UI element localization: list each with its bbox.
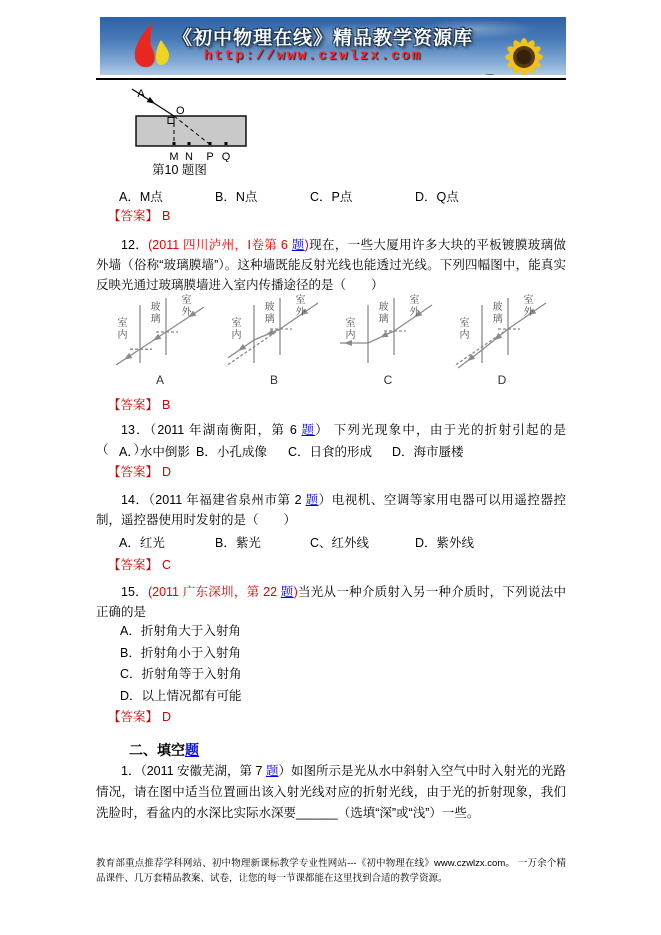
answer-value: B bbox=[162, 398, 170, 412]
option-d: D．紫外线 bbox=[415, 533, 474, 551]
option-d: D．以上情况都有可能 bbox=[120, 686, 242, 708]
answer-value: C bbox=[162, 558, 171, 572]
q14-paragraph: 14．（2011 年福建省泉州市第 2 题）电视机、空调等家用电器可以用遥控器控… bbox=[96, 490, 566, 530]
option-c: C．P点 bbox=[310, 187, 415, 205]
point-a-label: A bbox=[137, 88, 145, 100]
option-a: A．红光 bbox=[119, 533, 215, 551]
site-url[interactable]: http://www.czwlzx.com bbox=[140, 48, 486, 64]
diagram-letter-d: D bbox=[452, 373, 552, 387]
answer-value: B bbox=[162, 209, 170, 223]
header-divider bbox=[96, 78, 566, 80]
option-b: B．小孔成像 bbox=[196, 442, 288, 460]
q13-options: A．水中倒影 B．小孔成像 C．日食的形成 D．海市蜃楼 bbox=[119, 442, 464, 460]
diagram-letter-c: C bbox=[338, 373, 438, 387]
q11-options: A．M点 B．N点 C．P点 D．Q点 bbox=[119, 187, 459, 205]
fill1-paragraph: 1．（2011 安徽芜湖，第 7 题）如图所示是光从水中斜射入空气中时入射光的光… bbox=[96, 761, 566, 824]
label-outdoor: 室外 bbox=[407, 294, 417, 318]
q14-citation-link[interactable]: 题 bbox=[306, 493, 319, 507]
answer-label: 【答案】 bbox=[108, 398, 158, 412]
q15-number: 15． bbox=[121, 585, 148, 599]
section-title-link[interactable]: 题 bbox=[185, 742, 199, 758]
option-b: B．折射角小于入射角 bbox=[120, 643, 242, 665]
q13-prefix: 13．（2011 年湖南衡阳，第 6 bbox=[121, 423, 302, 437]
label-outdoor: 室外 bbox=[293, 294, 303, 318]
label-glass: 玻璃 bbox=[490, 301, 500, 325]
site-title: 《初中物理在线》精品教学资源库 bbox=[140, 23, 506, 50]
q12-paragraph: 12．(2011 四川泸州，Ⅰ卷第 6 题)现在，一些大厦用许多大块的平板镀膜玻… bbox=[96, 235, 566, 295]
q12-citation: (2011 四川泸州，Ⅰ卷第 6 bbox=[148, 238, 292, 252]
option-c: C．日食的形成 bbox=[288, 442, 392, 460]
label-indoor: 室内 bbox=[457, 317, 467, 341]
q15-paragraph: 15．(2011 广东深圳，第 22 题)当光从一种介质射入另一种介质时，下列说… bbox=[96, 582, 566, 622]
label-indoor: 室内 bbox=[115, 317, 125, 341]
refraction-diagrams: 室内 玻璃 室外 A 室内 玻璃 bbox=[110, 293, 552, 387]
answer-value: D bbox=[162, 710, 171, 724]
label-glass: 玻璃 bbox=[148, 301, 158, 325]
option-b: B．紫光 bbox=[215, 533, 310, 551]
q12-citation-link[interactable]: 题 bbox=[292, 238, 305, 252]
diagram-letter-b: B bbox=[224, 373, 324, 387]
page-footer: 教育部重点推荐学科网站、初中物理新课标教学专业性网站---《初中物理在线》www… bbox=[96, 856, 566, 886]
point-q-label: Q bbox=[222, 151, 231, 162]
q14-answer: 【答案】C bbox=[108, 555, 171, 573]
fill1-citation-link[interactable]: 题 bbox=[266, 764, 279, 778]
label-indoor: 室内 bbox=[343, 317, 353, 341]
section-title: 二、填空题 bbox=[129, 740, 199, 760]
site-banner: 《初中物理在线》精品教学资源库 http://www.czwlzx.com bbox=[100, 17, 566, 75]
option-c: C、红外线 bbox=[310, 533, 415, 551]
answer-value: D bbox=[162, 465, 171, 479]
option-d: D．Q点 bbox=[415, 187, 459, 205]
answer-label: 【答案】 bbox=[108, 209, 158, 223]
answer-label: 【答案】 bbox=[108, 558, 158, 572]
q15-options: A．折射角大于入射角 B．折射角小于入射角 C．折射角等于入射角 D．以上情况都… bbox=[120, 621, 242, 707]
label-indoor: 室内 bbox=[229, 317, 239, 341]
q11-figure-caption: 第10 题图 bbox=[152, 160, 207, 178]
option-b: B．N点 bbox=[215, 187, 310, 205]
q11-answer: 【答案】B bbox=[108, 206, 170, 224]
label-glass: 玻璃 bbox=[376, 301, 386, 325]
refraction-diagram-d: 室内 玻璃 室外 D bbox=[452, 293, 552, 387]
answer-label: 【答案】 bbox=[108, 710, 158, 724]
refraction-diagram-b: 室内 玻璃 室外 B bbox=[224, 293, 324, 387]
option-d: D．海市蜃楼 bbox=[392, 442, 464, 460]
document-content: 《初中物理在线》精品教学资源库 http://www.czwlzx.com bbox=[96, 0, 566, 935]
point-p-label: P bbox=[206, 151, 213, 162]
wall-rect bbox=[136, 116, 246, 146]
label-outdoor: 室外 bbox=[521, 294, 531, 318]
ray-arrow-icon bbox=[147, 97, 157, 106]
option-a: A．M点 bbox=[119, 187, 215, 205]
point-o-label: O bbox=[176, 105, 185, 117]
option-a: A．折射角大于入射角 bbox=[120, 621, 242, 643]
refraction-diagram-c: 室内 玻璃 室外 C bbox=[338, 293, 438, 387]
q15-citation: (2011 广东深圳，第 22 bbox=[148, 585, 281, 599]
section-title-text: 二、填空 bbox=[129, 742, 185, 758]
q14-options: A．红光 B．紫光 C、红外线 D．紫外线 bbox=[119, 533, 474, 551]
fill1-prefix: 1．（2011 安徽芜湖，第 7 bbox=[121, 764, 266, 778]
q11-figure: A O M N P Q bbox=[110, 86, 270, 165]
q15-answer: 【答案】D bbox=[108, 707, 171, 725]
q12-answer: 【答案】B bbox=[108, 395, 170, 413]
q13-answer: 【答案】D bbox=[108, 462, 171, 480]
q13-citation-link[interactable]: 题 bbox=[302, 423, 316, 437]
diagram-letter-a: A bbox=[110, 373, 210, 387]
q14-prefix: 14．（2011 年福建省泉州市第 2 bbox=[121, 493, 306, 507]
label-outdoor: 室外 bbox=[179, 294, 189, 318]
option-a: A．水中倒影 bbox=[119, 442, 196, 460]
answer-label: 【答案】 bbox=[108, 465, 158, 479]
refraction-diagram-a: 室内 玻璃 室外 A bbox=[110, 293, 210, 387]
q11-figure-svg: A O M N P Q bbox=[110, 86, 270, 162]
document-page: 《初中物理在线》精品教学资源库 http://www.czwlzx.com bbox=[0, 0, 661, 935]
q15-citation-link[interactable]: 题 bbox=[281, 585, 294, 599]
label-glass: 玻璃 bbox=[262, 301, 272, 325]
q12-number: 12． bbox=[121, 238, 148, 252]
option-c: C．折射角等于入射角 bbox=[120, 664, 242, 686]
